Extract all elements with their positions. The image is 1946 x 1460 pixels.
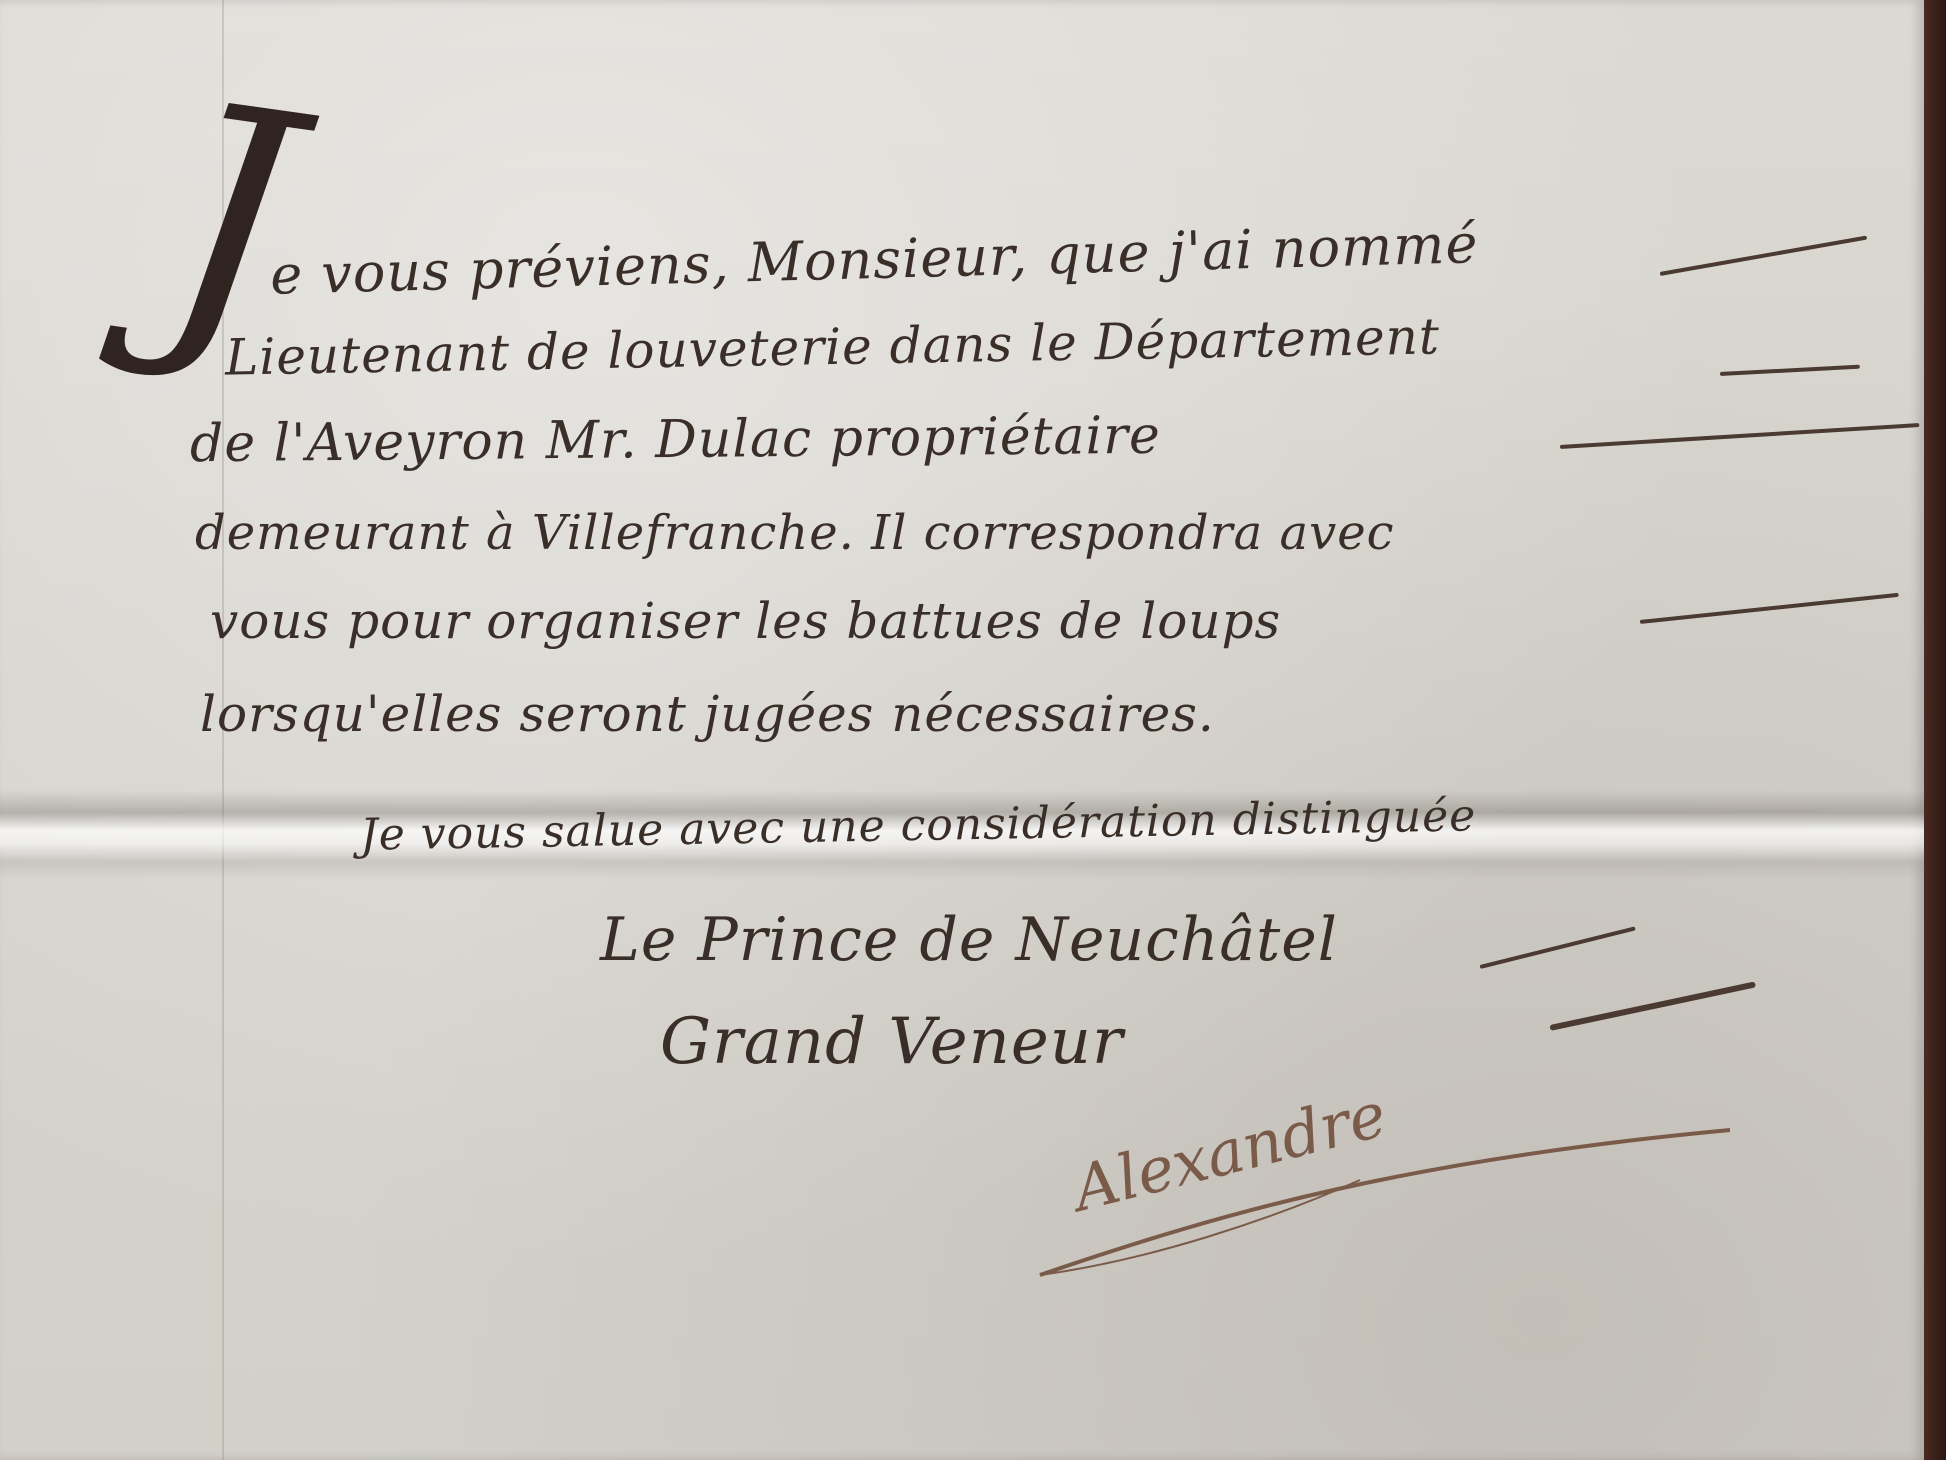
line-flourish bbox=[1560, 423, 1920, 449]
body-line-1: e vous préviens, Monsieur, que j'ai nomm… bbox=[269, 212, 1479, 307]
line-flourish bbox=[1660, 236, 1868, 276]
signature-title-grand-veneur: Grand Veneur bbox=[660, 1005, 1124, 1079]
letter-paper: J e vous préviens, Monsieur, que j'ai no… bbox=[0, 0, 1924, 1460]
signature-title-prince: Le Prince de Neuchâtel bbox=[600, 905, 1338, 975]
body-line-2: Lieutenant de louveterie dans le Départe… bbox=[225, 307, 1441, 386]
page-edge-shadow bbox=[1924, 0, 1946, 1460]
line-flourish bbox=[1549, 981, 1756, 1031]
signature-paraph-stroke bbox=[1030, 1100, 1750, 1320]
body-line-3: de l'Aveyron Mr. Dulac propriétaire bbox=[190, 406, 1161, 474]
body-line-6: lorsqu'elles seront jugées nécessaires. bbox=[200, 685, 1215, 743]
line-flourish bbox=[1640, 593, 1899, 624]
body-line-5: vous pour organiser les battues de loups bbox=[210, 592, 1281, 650]
body-line-4: demeurant à Villefranche. Il correspondr… bbox=[195, 505, 1395, 561]
line-flourish bbox=[1480, 926, 1636, 969]
line-flourish bbox=[1720, 365, 1860, 376]
